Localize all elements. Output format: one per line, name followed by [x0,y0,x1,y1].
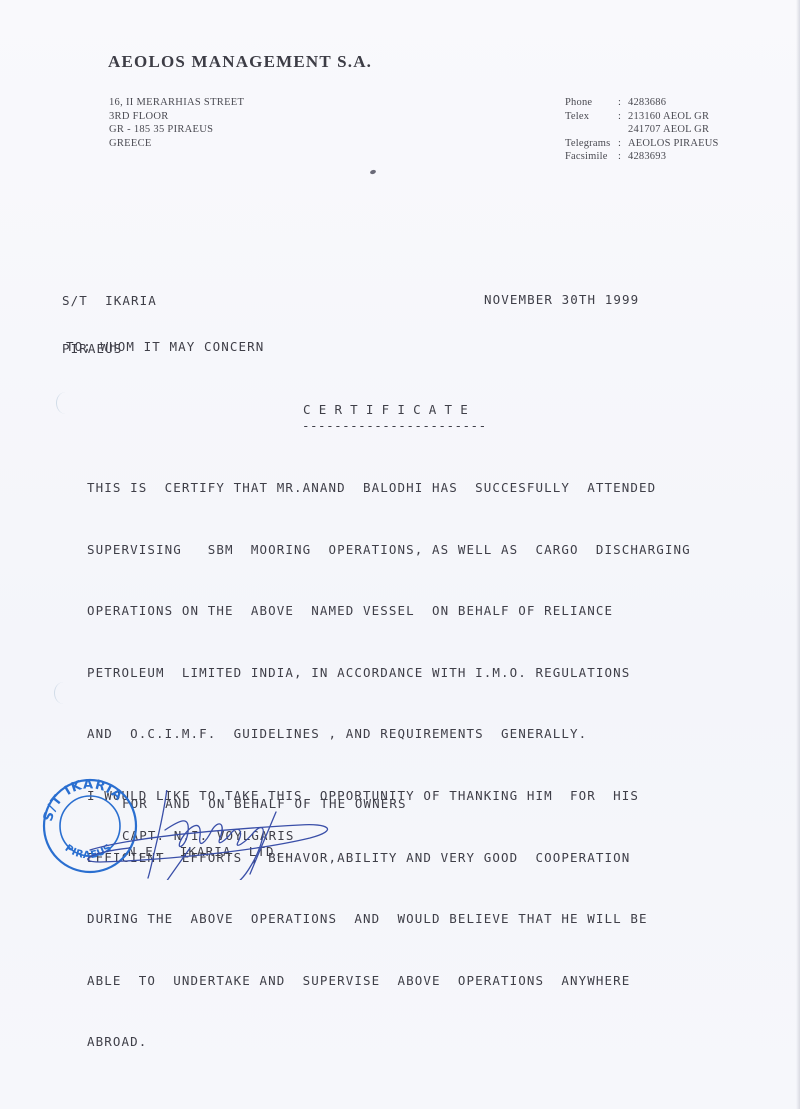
certificate-underline: ----------------------- [302,418,487,433]
sender-vessel: S/T IKARIA [62,293,157,309]
letter-date: NOVEMBER 30TH 1999 [484,292,639,307]
salutation: TO; WHOM IT MAY CONCERN [66,339,264,354]
contact-value: 241707 AEOL GR [628,123,709,137]
address-line: 3RD FLOOR [109,110,244,124]
contact-label [565,123,618,137]
company-name: AEOLOS MANAGEMENT S.A. [108,52,372,72]
contact-value: 4283686 [628,96,666,110]
body-line: SUPERVISING SBM MOORING OPERATIONS, AS W… [87,542,691,574]
sender-block: S/T IKARIA PIRAEUS [62,261,157,389]
company-address: 16, II MERARHIAS STREET 3RD FLOOR GR - 1… [109,96,244,150]
contact-separator: : [618,110,628,124]
body-line: AND O.C.I.M.F. GUIDELINES , AND REQUIREM… [87,726,691,758]
contact-telegrams: Telegrams:AEOLOS PIRAEUS [565,137,719,151]
contact-label: Telegrams [565,137,618,151]
contact-label: Facsimile [565,150,618,164]
contact-value: 4283693 [628,150,666,164]
contact-telex: Telex:213160 AEOL GR [565,110,719,124]
contact-block: Phone:4283686 Telex:213160 AEOL GR 24170… [565,96,719,164]
punch-hole-mark [56,392,75,414]
contact-facsimile: Facsimile:4283693 [565,150,719,164]
body-line: THIS IS CERTIFY THAT MR.ANAND BALODHI HA… [87,480,691,512]
address-line: 16, II MERARHIAS STREET [109,96,244,110]
body-line: OPERATIONS ON THE ABOVE NAMED VESSEL ON … [87,603,691,635]
contact-value: 213160 AEOL GR [628,110,709,124]
ink-speck [369,169,376,175]
body-line: ABROAD. [87,1034,691,1066]
contact-separator: : [618,96,628,110]
contact-separator: : [618,137,628,151]
address-line: GREECE [109,137,244,151]
page-edge [796,0,800,1109]
punch-hole-mark [54,682,73,704]
contact-phone: Phone:4283686 [565,96,719,110]
contact-separator [618,123,628,137]
contact-label: Telex [565,110,618,124]
contact-telex-2: 241707 AEOL GR [565,123,719,137]
address-line: GR - 185 35 PIRAEUS [109,123,244,137]
body-line: ABLE TO UNDERTAKE AND SUPERVISE ABOVE OP… [87,973,691,1005]
letter-page: AEOLOS MANAGEMENT S.A. 16, II MERARHIAS … [0,0,800,1109]
body-line: PETROLEUM LIMITED INDIA, IN ACCORDANCE W… [87,665,691,697]
body-line: DURING THE ABOVE OPERATIONS AND WOULD BE… [87,911,691,943]
certificate-title: CERTIFICATE [303,402,476,417]
signature [70,790,370,880]
contact-label: Phone [565,96,618,110]
contact-value: AEOLOS PIRAEUS [628,137,719,151]
contact-separator: : [618,150,628,164]
